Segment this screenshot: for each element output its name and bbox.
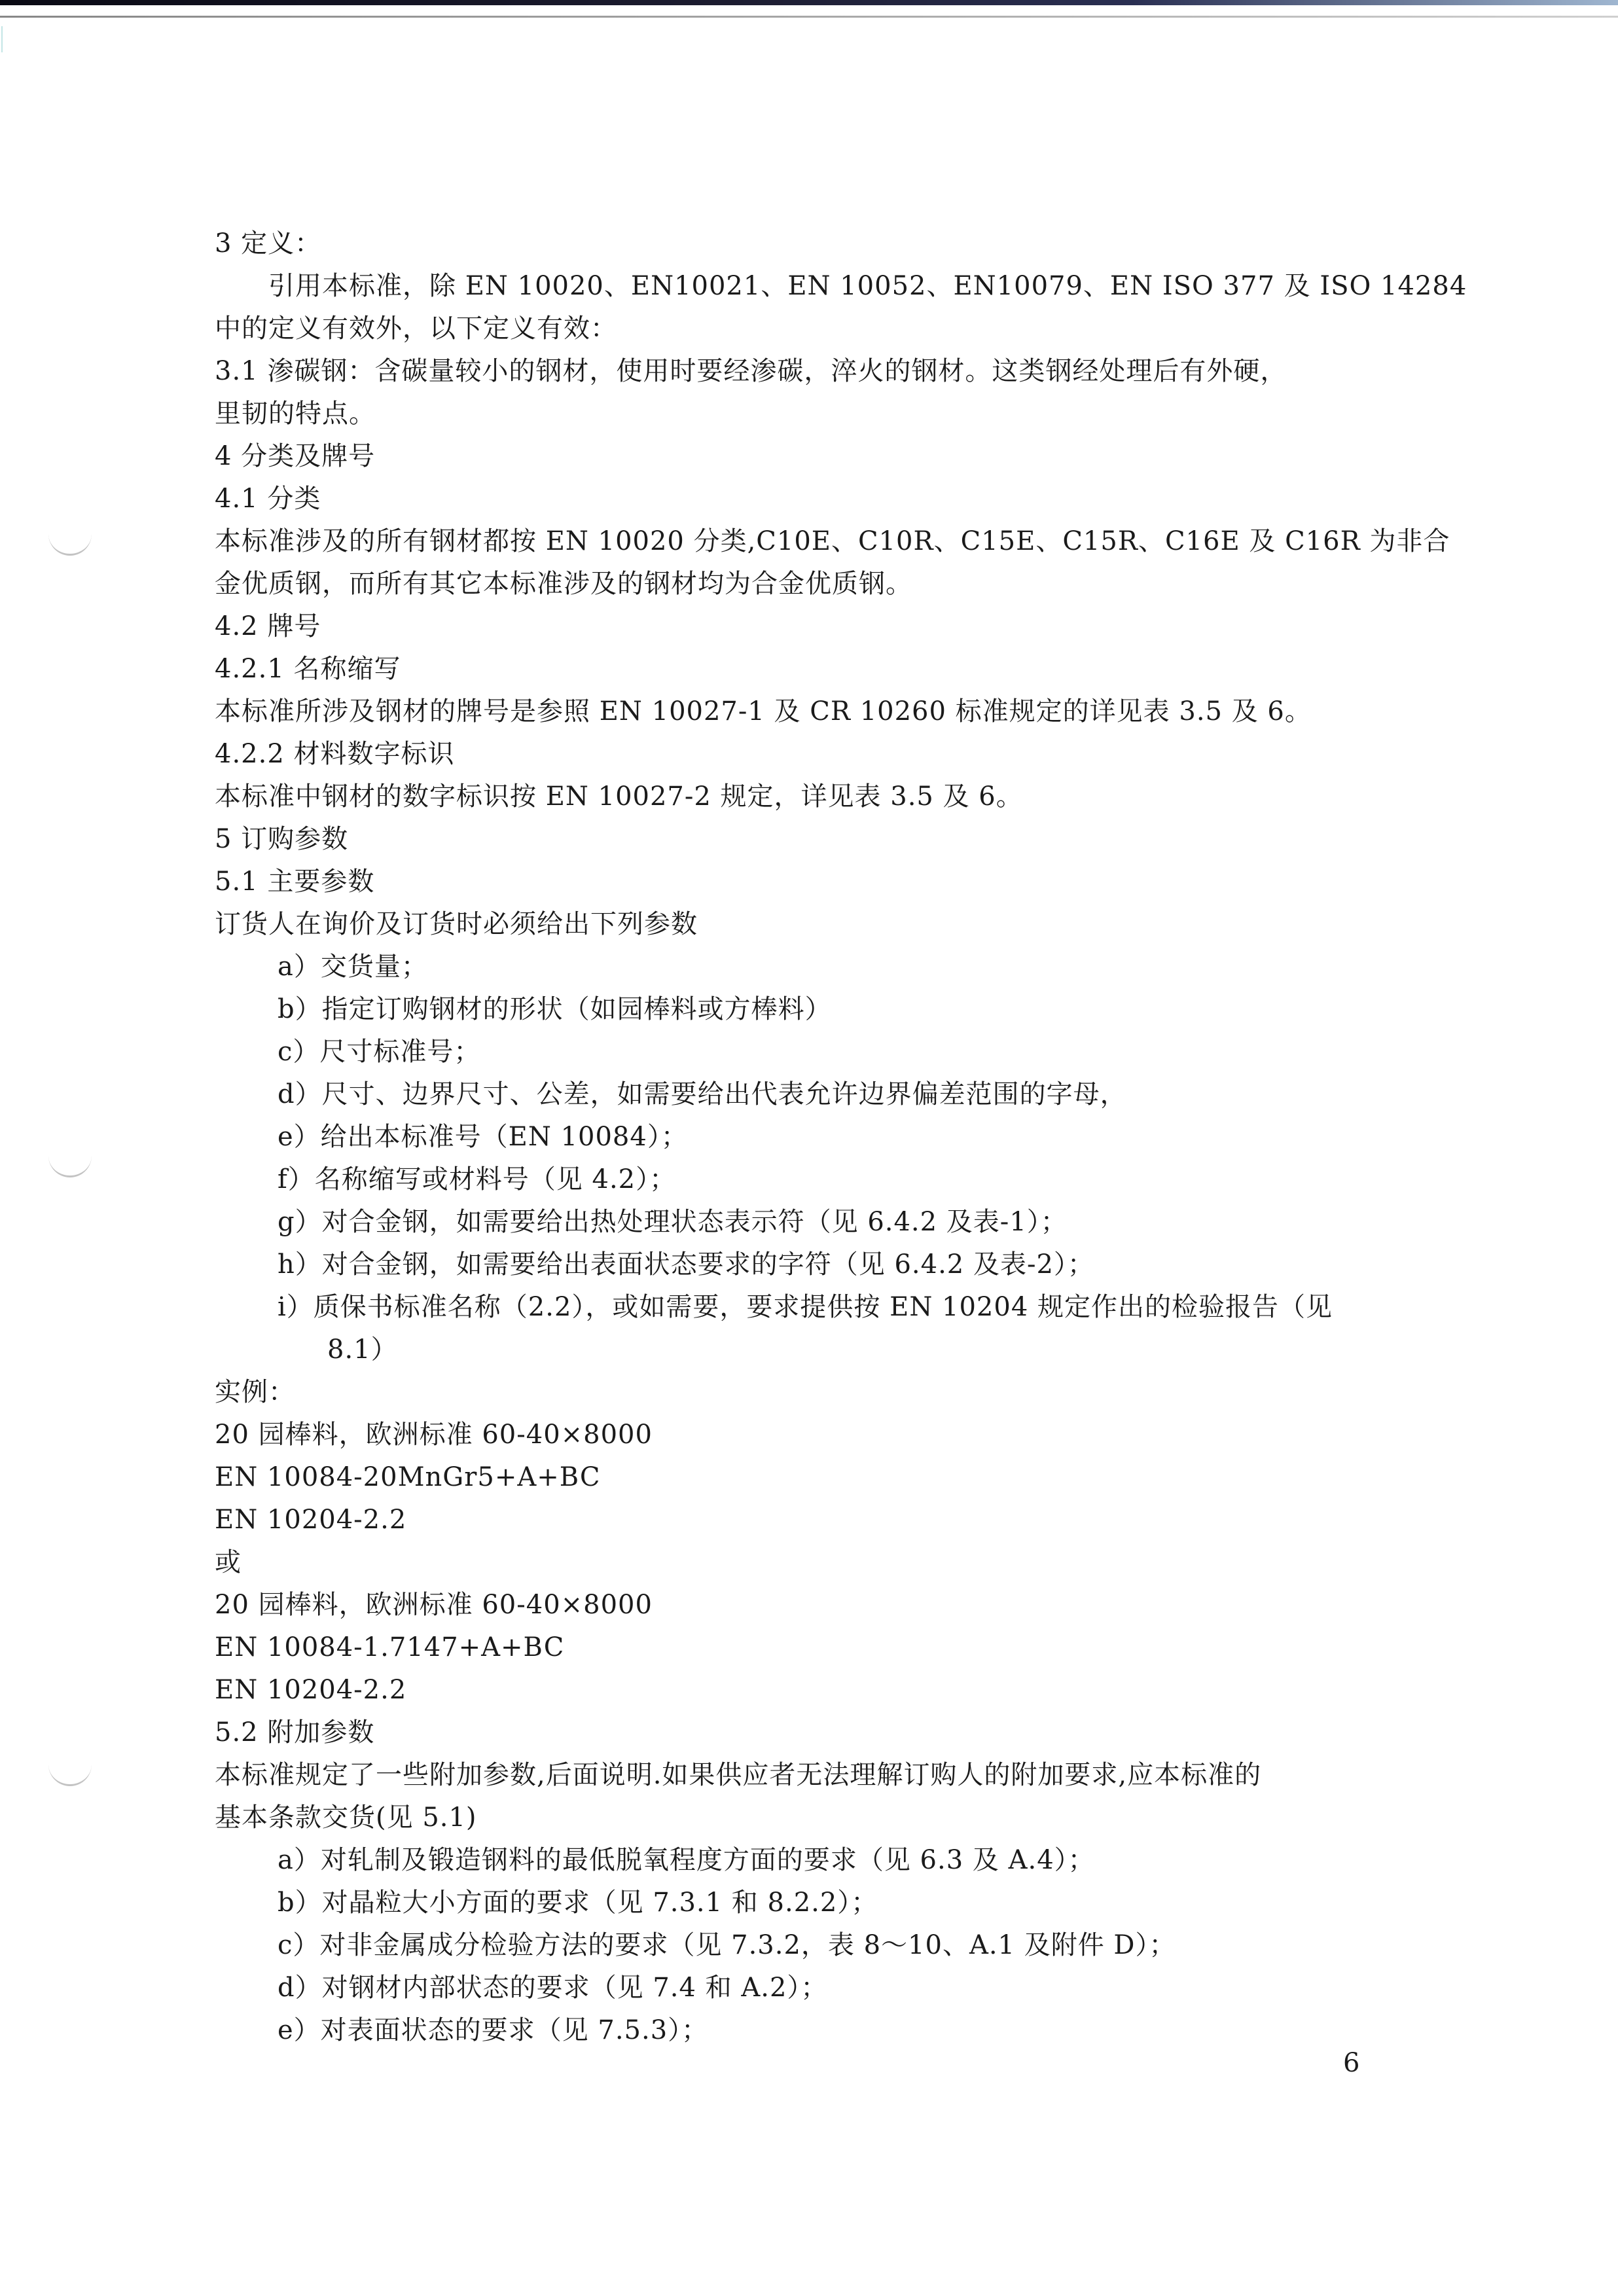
section-5-2-text: 本标准规定了一些附加参数,后面说明.如果供应者无法理解订购人的附加要求,应本标准… (215, 1754, 1393, 1797)
section-4-2-2-text: 本标准中钢材的数字标识按 EN 10027-2 规定，详见表 3.5 及 6。 (215, 776, 1393, 818)
section-5-1-heading: 5.1 主要参数 (215, 861, 1393, 903)
punch-hole-mark (48, 531, 92, 556)
section-4-1-text-cont: 金优质钢，而所有其它本标准涉及的钢材均为合金优质钢。 (215, 563, 1393, 605)
definition-3-1: 3.1 渗碳钢：含碳量较小的钢材，使用时要经渗碳，淬火的钢材。这类钢经处理后有外… (215, 350, 1393, 393)
list-item: b）指定订购钢材的形状（如园棒料或方棒料） (215, 988, 1393, 1031)
section-4-1-heading: 4.1 分类 (215, 478, 1393, 520)
section-4-2-1-text: 本标准所涉及钢材的牌号是参照 EN 10027-1 及 CR 10260 标准规… (215, 691, 1393, 733)
list-item: a）交货量； (215, 946, 1393, 988)
list-item: d）尺寸、边界尺寸、公差，如需要给出代表允许边界偏差范围的字母， (215, 1073, 1393, 1116)
section-3-intro-cont: 中的定义有效外，以下定义有效： (215, 308, 1393, 350)
section-3-intro: 引用本标准，除 EN 10020、EN10021、EN 10052、EN1007… (215, 265, 1393, 308)
list-item: c）对非金属成分检验方法的要求（见 7.3.2，表 8～10、A.1 及附件 D… (215, 1924, 1393, 1967)
list-item: h）对合金钢，如需要给出表面状态要求的字符（见 6.4.2 及表-2）； (215, 1244, 1393, 1286)
page-number: 6 (1343, 2043, 1359, 2083)
section-5-2-heading: 5.2 附加参数 (215, 1712, 1393, 1754)
list-item: e）对表面状态的要求（见 7.5.3）； (215, 2009, 1393, 2052)
list-item: f）名称缩写或材料号（见 4.2）； (215, 1158, 1393, 1201)
section-4-1-text: 本标准涉及的所有钢材都按 EN 10020 分类,C10E、C10R、C15E、… (215, 520, 1393, 563)
list-item: a）对轧制及锻造钢料的最低脱氧程度方面的要求（见 6.3 及 A.4）； (215, 1839, 1393, 1882)
example-line: EN 10084-20MnGr5+A+BC (215, 1456, 1393, 1499)
list-item-continuation: 8.1） (215, 1329, 1393, 1371)
scan-fold-line (0, 16, 1618, 18)
section-3-heading: 3 定义： (215, 223, 1393, 265)
section-5-2-text-cont: 基本条款交货(见 5.1) (215, 1797, 1393, 1839)
example-line: 20 园棒料，欧洲标准 60-40×8000 (215, 1414, 1393, 1456)
section-5-1-intro: 订货人在询价及订货时必须给出下列参数 (215, 903, 1393, 946)
or-label: 或 (215, 1541, 1393, 1584)
punch-hole-mark (48, 1762, 92, 1786)
list-item: d）对钢材内部状态的要求（见 7.4 和 A.2）； (215, 1967, 1393, 2009)
example-line: EN 10084-1.7147+A+BC (215, 1626, 1393, 1669)
example-label: 实例： (215, 1371, 1393, 1414)
list-item: g）对合金钢，如需要给出热处理状态表示符（见 6.4.2 及表-1）； (215, 1201, 1393, 1244)
section-4-2-heading: 4.2 牌号 (215, 605, 1393, 648)
punch-hole-mark (48, 1153, 92, 1177)
section-5-heading: 5 订购参数 (215, 818, 1393, 861)
list-item: b）对晶粒大小方面的要求（见 7.3.1 和 8.2.2）； (215, 1882, 1393, 1924)
section-4-heading: 4 分类及牌号 (215, 435, 1393, 478)
definition-3-1-cont: 里韧的特点。 (215, 393, 1393, 435)
document-page: 3 定义： 引用本标准，除 EN 10020、EN10021、EN 10052、… (215, 223, 1393, 2052)
scan-corner-mark (1, 26, 9, 52)
list-item: c）尺寸标准号； (215, 1031, 1393, 1073)
example-line: 20 园棒料，欧洲标准 60-40×8000 (215, 1584, 1393, 1626)
example-line: EN 10204-2.2 (215, 1669, 1393, 1712)
example-line: EN 10204-2.2 (215, 1499, 1393, 1541)
scan-edge-top (0, 0, 1618, 5)
section-4-2-2-heading: 4.2.2 材料数字标识 (215, 733, 1393, 776)
list-item: e）给出本标准号（EN 10084）； (215, 1116, 1393, 1158)
list-item: i）质保书标准名称（2.2），或如需要，要求提供按 EN 10204 规定作出的… (215, 1286, 1393, 1329)
section-4-2-1-heading: 4.2.1 名称缩写 (215, 648, 1393, 691)
